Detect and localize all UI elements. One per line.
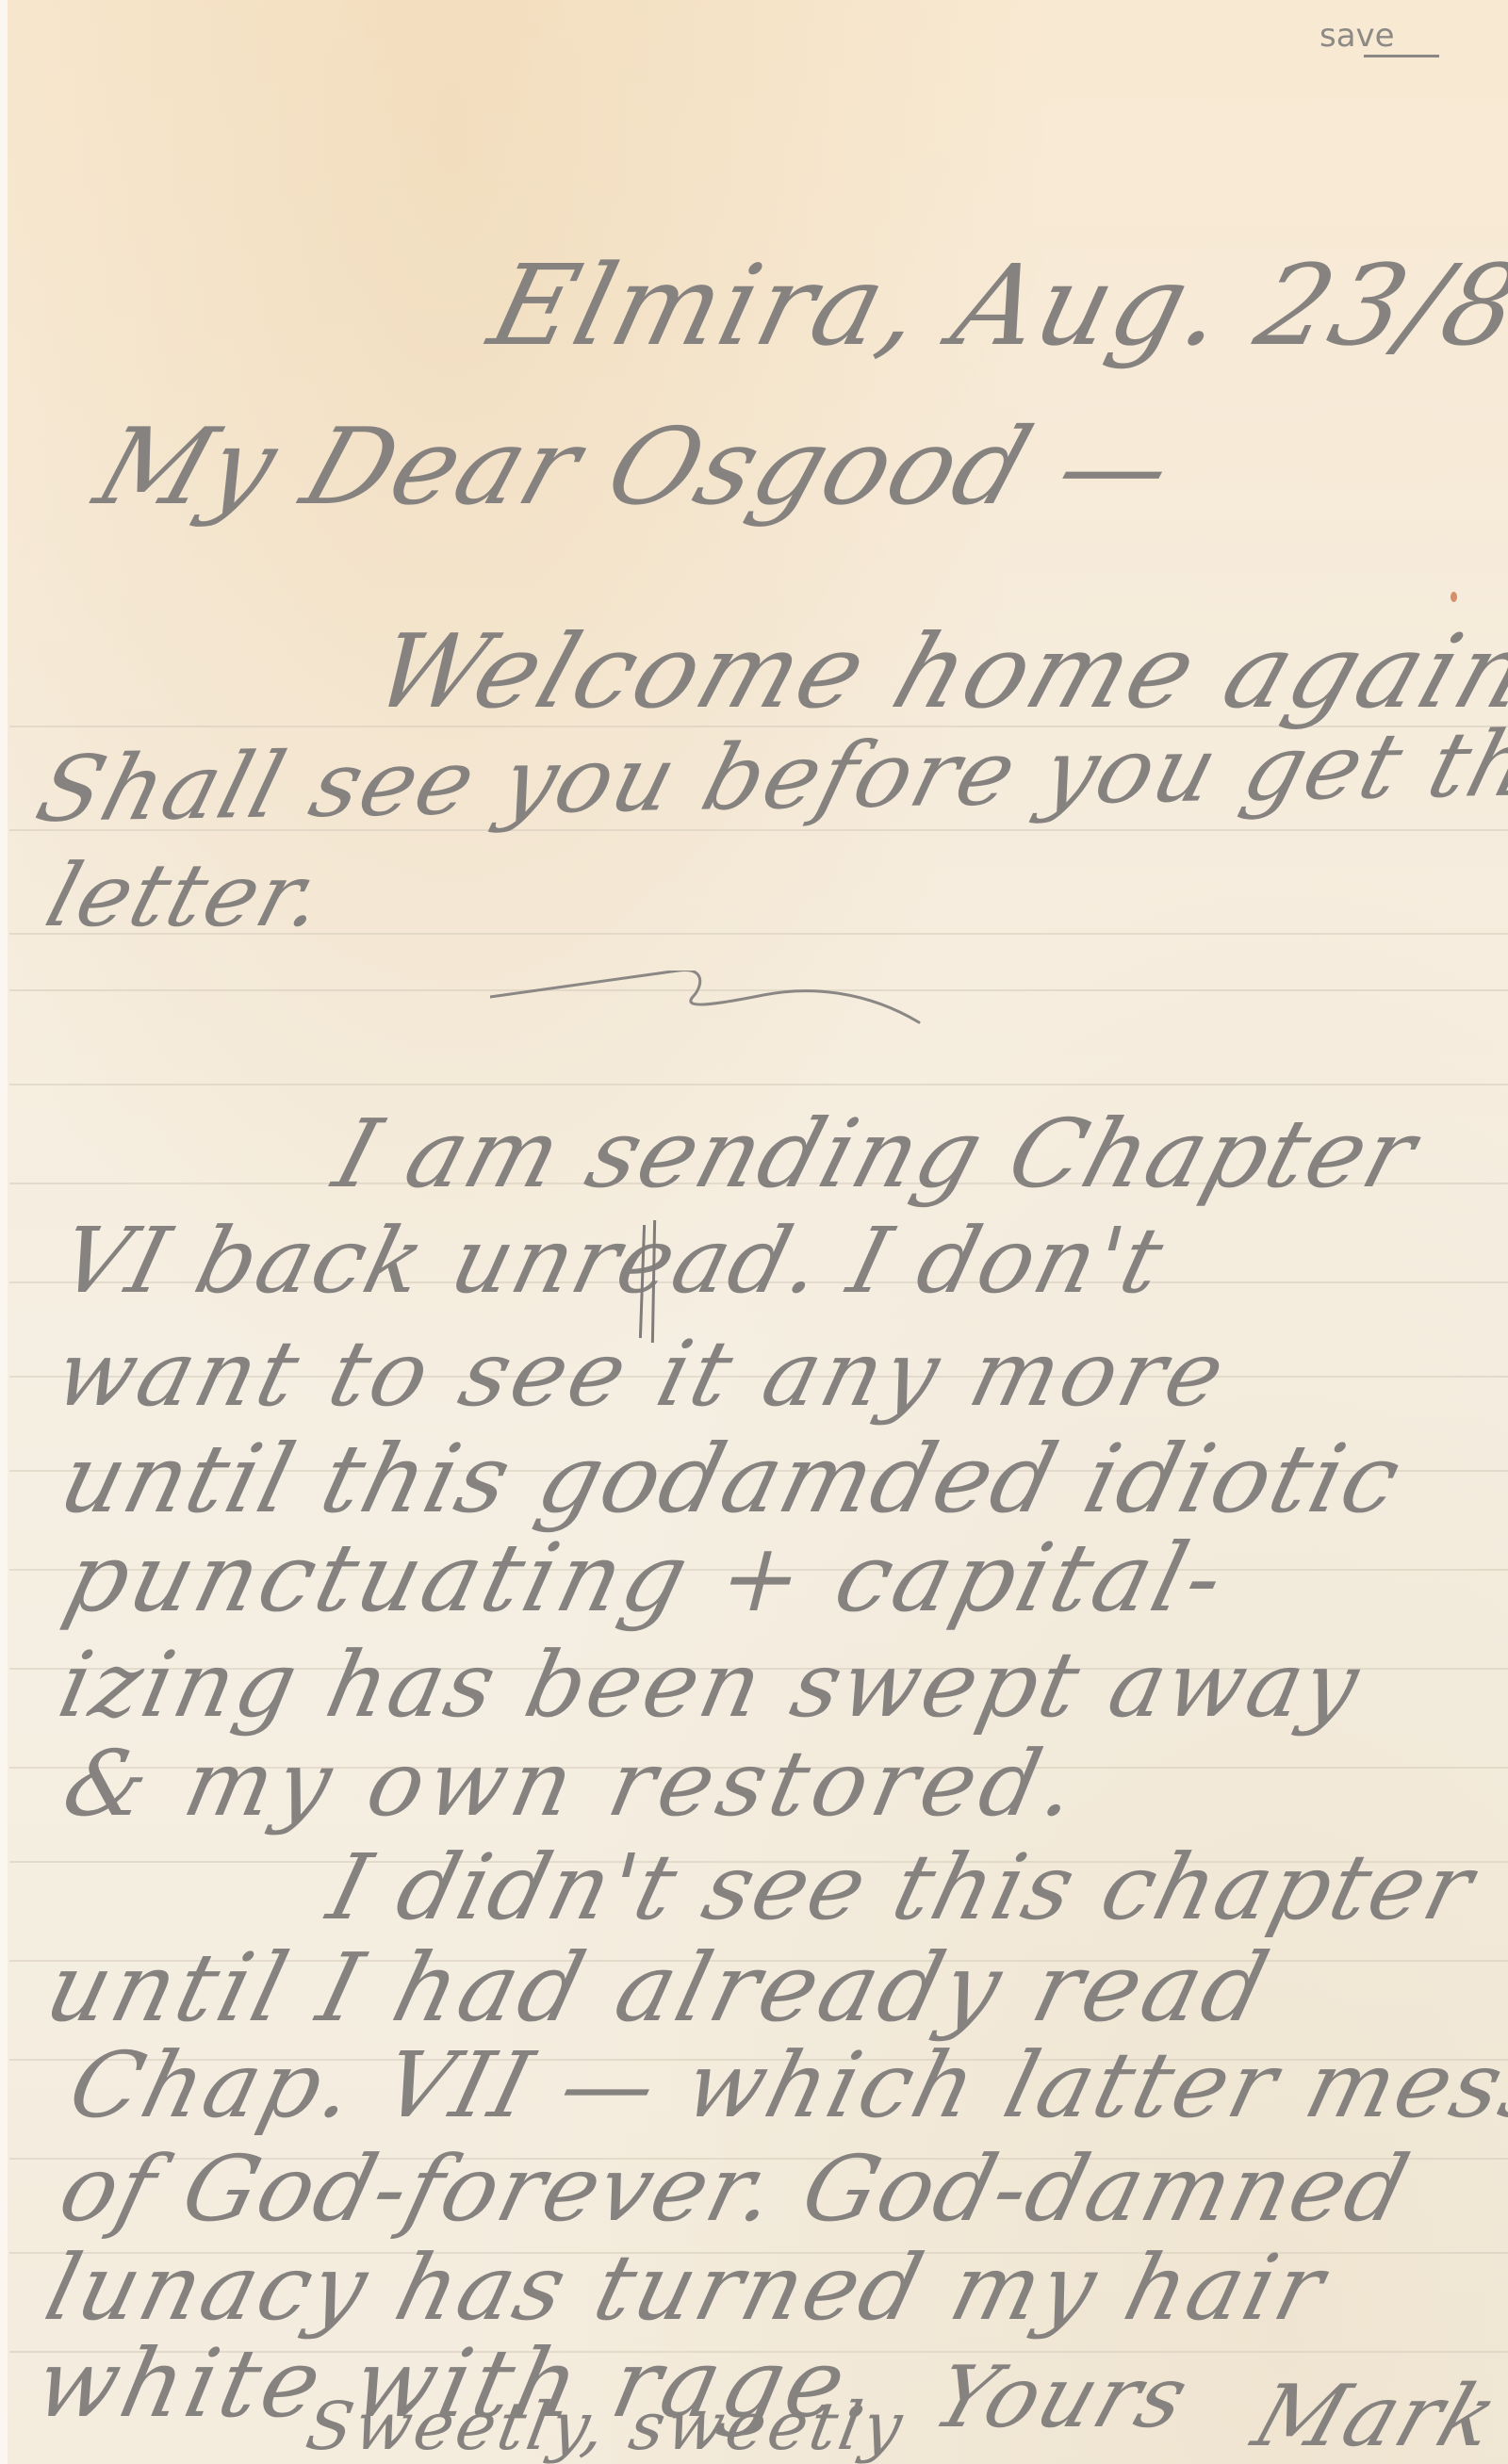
save-annotation-underline [1364,55,1439,57]
letter-line: Welcome home again! [363,622,1508,724]
letter-line: of God-forever. God-damned [52,2144,1418,2234]
flourish-divider [490,971,924,1055]
letter-line: VI back unread. I don't [52,1216,1172,1306]
ruled-line [9,1084,1508,1085]
letter-line: punctuating + capital- [57,1531,1236,1625]
letter-line: until I had already read [38,1941,1280,2035]
closing: Sweetly, sweetly [302,2393,910,2459]
save-annotation: save [1319,17,1395,55]
valediction: Yours [924,2356,1199,2440]
letter-line: lunacy has turned my hair [38,2243,1335,2333]
letter-line: I didn't see this chapter [320,1842,1483,1933]
signature: Mark [1244,2374,1508,2459]
letter-line: want to see it any more [47,1329,1237,1419]
letter-line: until this godamded idiotic [52,1432,1410,1526]
salutation: My Dear Osgood — [85,415,1187,520]
stain-mark [1451,592,1457,602]
dateline: Elmira, Aug. 23/81 [481,250,1508,361]
letter-line: & my own restored. [57,1738,1089,1829]
letter-line: izing has been swept away [52,1640,1369,1730]
scan-edge [0,0,8,2464]
letter-line: letter. [38,853,336,939]
letter-line: Shall see you before you get this [28,717,1508,835]
letter-page: save Elmira, Aug. 23/81 My Dear Osgood —… [0,0,1508,2464]
letter-line: Chap. VII — which latter mess [61,2040,1508,2130]
letter-line: I am sending Chapter [325,1107,1427,1201]
